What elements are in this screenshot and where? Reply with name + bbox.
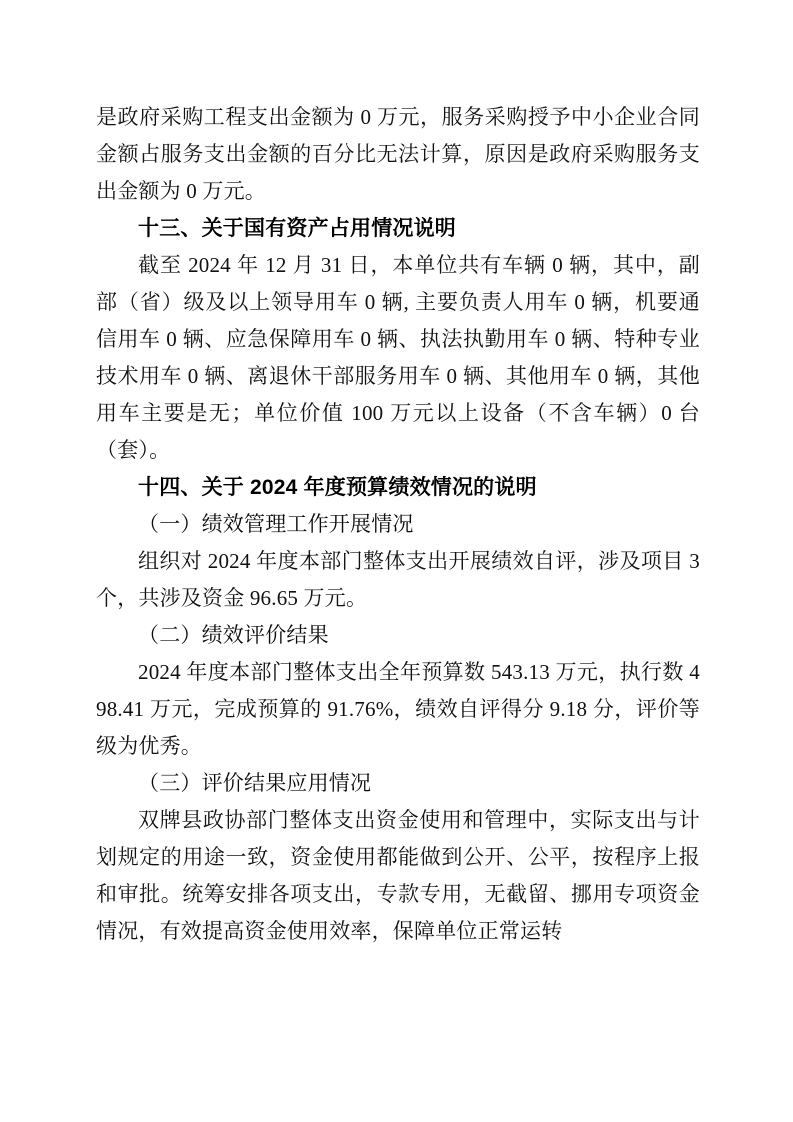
heading-section-14-budget-performance: 十四、关于 2024 年度预算绩效情况的说明 bbox=[96, 469, 700, 506]
subheading-3-result-application: （三）评价结果应用情况 bbox=[96, 765, 700, 802]
subheading-2-evaluation-results: （二）绩效评价结果 bbox=[96, 617, 700, 654]
paragraph-vehicles-and-equipment: 截至 2024 年 12 月 31 日，本单位共有车辆 0 辆，其中，副部（省）… bbox=[96, 247, 700, 469]
paragraph-govt-procurement-continued: 是政府采购工程支出金额为 0 万元，服务采购授予中小企业合同金额占服务支出金额的… bbox=[96, 99, 700, 210]
heading-section-13-state-assets: 十三、关于国有资产占用情况说明 bbox=[96, 210, 700, 247]
paragraph-self-evaluation-scope: 组织对 2024 年度本部门整体支出开展绩效自评，涉及项目 3 个，共涉及资金 … bbox=[96, 543, 700, 617]
paragraph-fund-usage-management: 双牌县政协部门整体支出资金使用和管理中，实际支出与计划规定的用途一致，资金使用都… bbox=[96, 802, 700, 950]
paragraph-budget-execution-results: 2024 年度本部门整体支出全年预算数 543.13 万元，执行数 498.41… bbox=[96, 654, 700, 765]
document-page: 是政府采购工程支出金额为 0 万元，服务采购授予中小企业合同金额占服务支出金额的… bbox=[0, 0, 793, 1122]
subheading-1-performance-management: （一）绩效管理工作开展情况 bbox=[96, 506, 700, 543]
